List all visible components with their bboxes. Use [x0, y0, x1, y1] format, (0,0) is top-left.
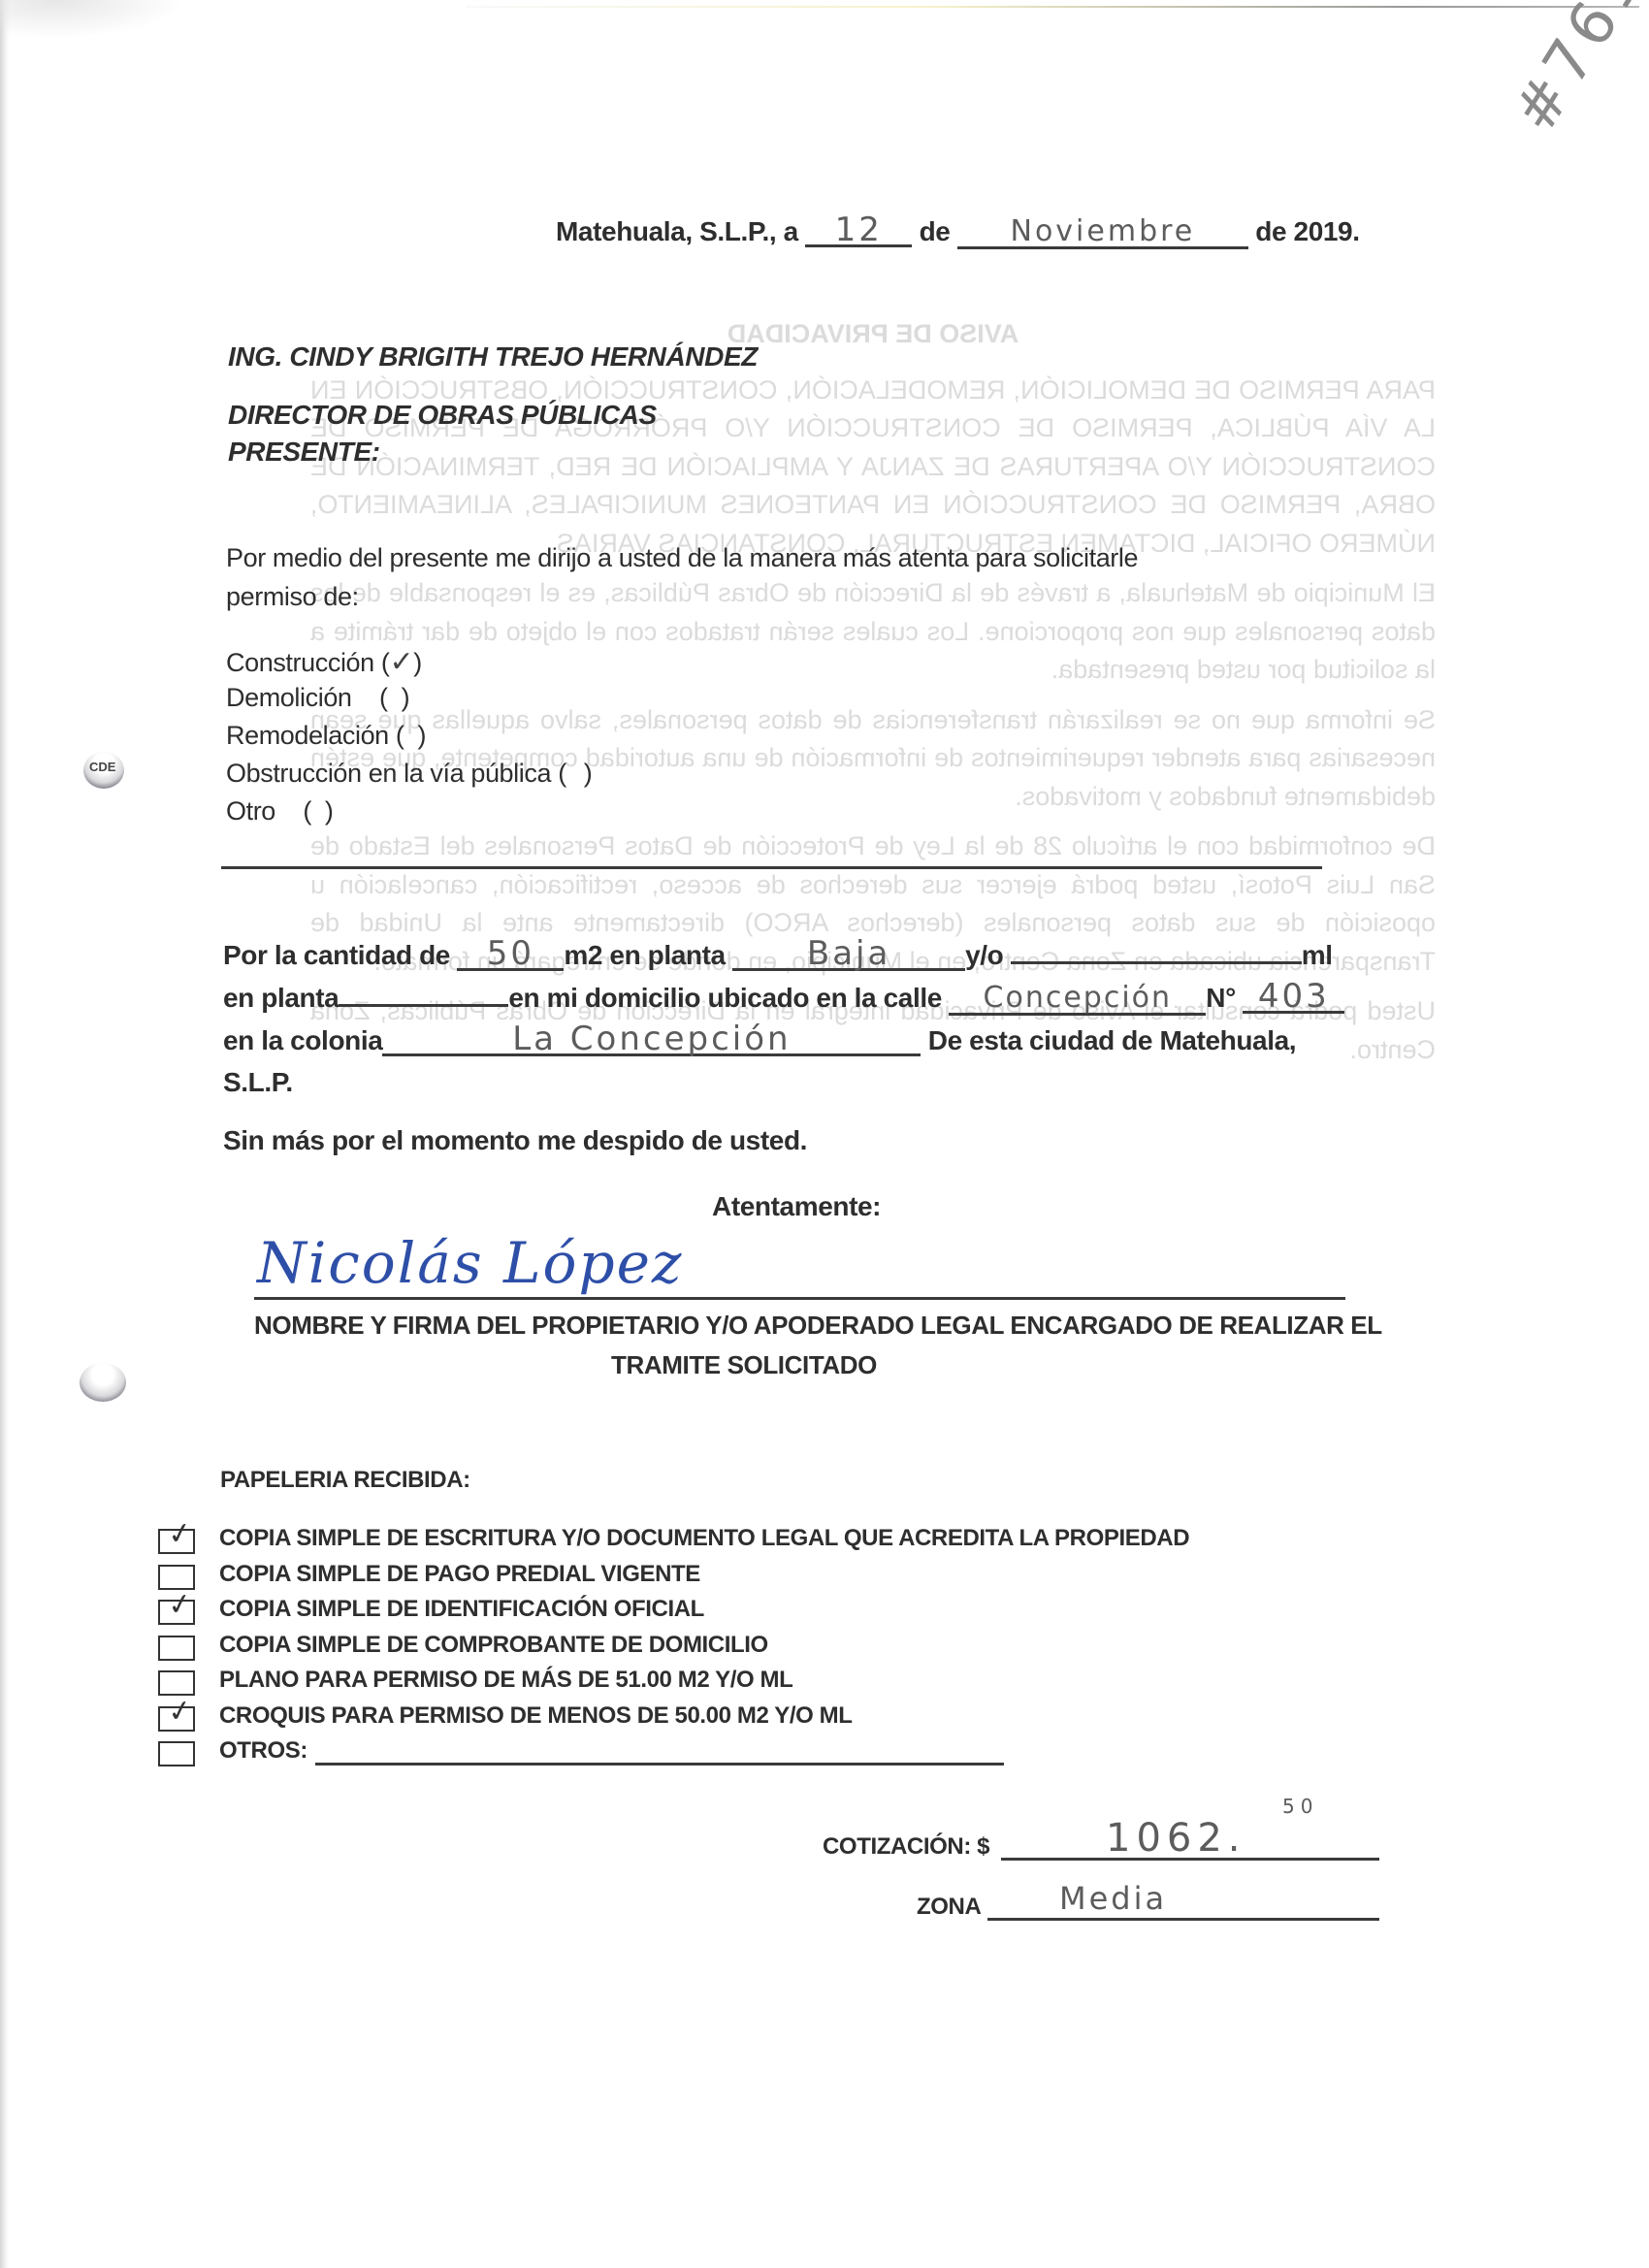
date-day-field[interactable]: 12: [805, 215, 912, 247]
permit-option-label: Demolición (: [226, 683, 388, 712]
details-line-2: en plantaen mi domicilio ubicado en la c…: [223, 982, 1344, 1016]
atentamente: Atentamente:: [712, 1191, 881, 1222]
margin-note-handwritten: #761: [1499, 0, 1649, 145]
papeleria-item-label: PLANO PARA PERMISO DE MÁS DE 51.00 M2 Y/…: [219, 1667, 792, 1694]
colonia-field[interactable]: La Concepción: [382, 1024, 921, 1056]
numero-field[interactable]: 403: [1243, 982, 1344, 1014]
cotizacion-label: COTIZACIÓN: $: [823, 1833, 989, 1861]
papeleria-item-label: COPIA SIMPLE DE COMPROBANTE DE DOMICILIO: [219, 1632, 768, 1659]
permit-option-label: Remodelación (: [226, 721, 404, 750]
en-planta-field[interactable]: [339, 1004, 508, 1007]
date-month-field[interactable]: Noviembre: [957, 217, 1248, 249]
zona-line: [987, 1918, 1379, 1921]
permit-check-mark: ✓: [389, 645, 413, 679]
calle-field[interactable]: Concepción: [949, 984, 1206, 1016]
permit-option-construccion[interactable]: Construcción (✓): [226, 645, 422, 679]
date-de: de: [920, 216, 951, 246]
scan-top-edge: [466, 6, 1639, 8]
check-mark-icon: ✓: [165, 1693, 195, 1731]
permit-option-obstruccion[interactable]: Obstrucción en la vía pública (): [226, 759, 592, 789]
permit-option-demolicion[interactable]: Demolición (): [226, 683, 409, 713]
permit-option-label: Otro (: [226, 796, 311, 826]
zona-label: ZONA: [917, 1894, 981, 1921]
papeleria-checkbox[interactable]: [158, 1636, 195, 1661]
papeleria-checkbox[interactable]: ✓: [158, 1529, 195, 1554]
recipient-name: ING. CINDY BRIGITH TREJO HERNÁNDEZ: [228, 341, 758, 373]
signature-caption-2: TRAMITE SOLICITADO: [611, 1350, 877, 1380]
bleed-paragraph: El Municipio de Matehuala, a través de l…: [310, 574, 1436, 690]
punch-hole-label: CDE: [89, 760, 115, 774]
check-mark-icon: ✓: [165, 1515, 195, 1553]
scan-edge: [0, 0, 10, 2268]
signature-line: [254, 1297, 1345, 1300]
papeleria-checkbox[interactable]: [158, 1565, 195, 1590]
date-line: Matehuala, S.L.P., a 12 de Noviembre de …: [556, 215, 1360, 249]
permit-option-label: Obstrucción en la vía pública (: [226, 759, 566, 788]
otros-specify-line[interactable]: [315, 1763, 1004, 1766]
papeleria-item-label: COPIA SIMPLE DE PAGO PREDIAL VIGENTE: [219, 1561, 700, 1588]
zona-value[interactable]: Media: [1059, 1880, 1167, 1917]
punch-hole-bottom: [80, 1363, 126, 1402]
cotizacion-cents: 50: [1282, 1795, 1318, 1818]
recipient-presente: PRESENTE:: [228, 437, 380, 468]
cotizacion-value[interactable]: 1062.: [1106, 1816, 1246, 1861]
papeleria-item-label: COPIA SIMPLE DE IDENTIFICACIÓN OFICIAL: [219, 1596, 704, 1623]
date-city: Matehuala, S.L.P., a: [556, 216, 798, 246]
planta-field[interactable]: Baja: [732, 939, 965, 971]
papeleria-title: PAPELERIA RECIBIDA:: [220, 1467, 470, 1494]
ml-field[interactable]: [1011, 961, 1302, 964]
otro-specify-line[interactable]: [221, 866, 1322, 869]
recipient-title: DIRECTOR DE OBRAS PÚBLICAS: [228, 400, 657, 431]
cantidad-field[interactable]: 50: [457, 939, 564, 971]
papeleria-item-label: COPIA SIMPLE DE ESCRITURA Y/O DOCUMENTO …: [219, 1525, 1189, 1552]
papeleria-item-label: CROQUIS PARA PERMISO DE MENOS DE 50.00 M…: [219, 1702, 852, 1730]
permit-option-otro[interactable]: Otro (): [226, 796, 334, 826]
details-line-3: en la coloniaLa Concepción De esta ciuda…: [223, 1024, 1296, 1056]
punch-hole-top: CDE: [83, 752, 124, 789]
papeleria-item-label: OTROS:: [219, 1737, 307, 1765]
papeleria-checkbox[interactable]: [158, 1741, 195, 1766]
scan-shadow: [0, 0, 184, 39]
check-mark-icon: ✓: [165, 1586, 195, 1624]
papeleria-checkbox[interactable]: ✓: [158, 1706, 195, 1732]
intro-line-2: permiso de:: [226, 582, 359, 612]
farewell: Sin más por el momento me despido de ust…: [223, 1125, 807, 1156]
date-year: de 2019.: [1255, 216, 1359, 246]
signature: Nicolás López: [257, 1230, 683, 1296]
signature-caption-1: NOMBRE Y FIRMA DEL PROPIETARIO Y/O APODE…: [254, 1311, 1382, 1341]
papeleria-checkbox[interactable]: [158, 1670, 195, 1696]
details-state: S.L.P.: [223, 1067, 293, 1098]
permit-option-remodelacion[interactable]: Remodelación (): [226, 721, 426, 751]
permit-option-label: Construcción (: [226, 648, 389, 677]
details-line-1: Por la cantidad de 50m2 en planta Bajay/…: [223, 939, 1333, 971]
papeleria-checkbox[interactable]: ✓: [158, 1600, 195, 1625]
intro-line-1: Por medio del presente me dirijo a usted…: [226, 543, 1138, 573]
